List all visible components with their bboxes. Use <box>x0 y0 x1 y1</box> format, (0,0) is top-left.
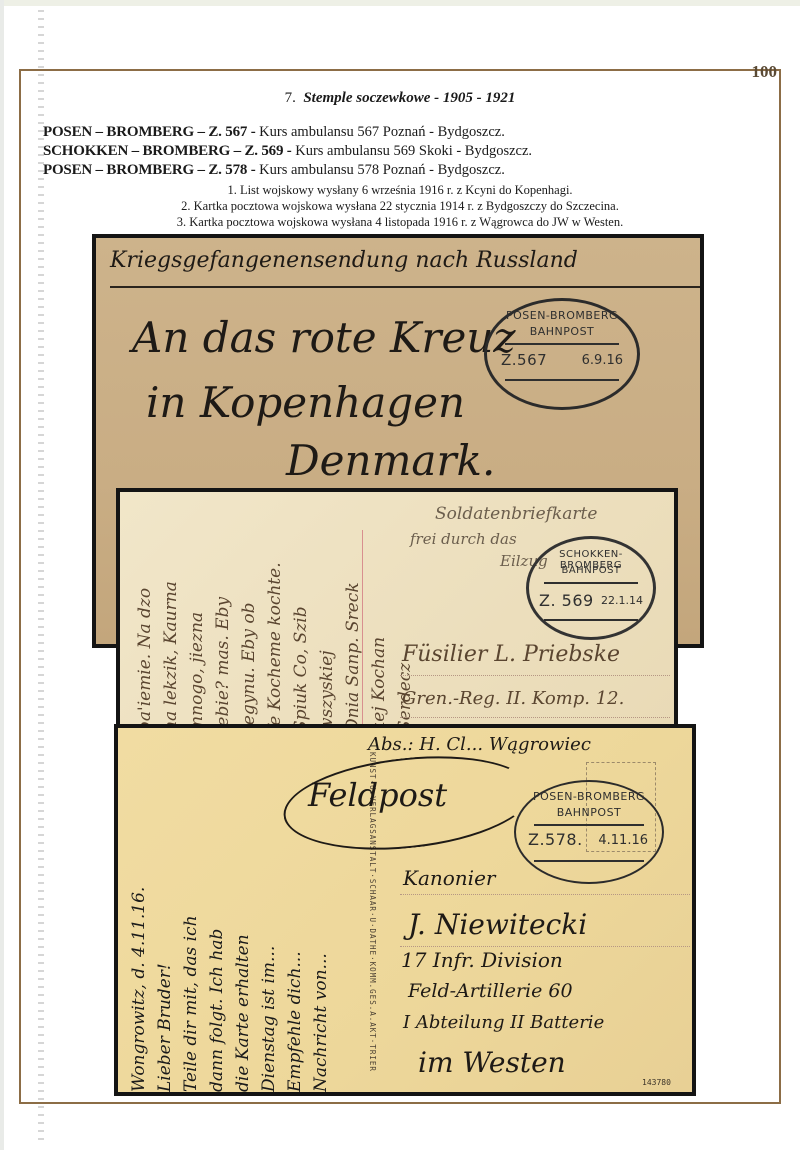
address-line-4: Feld-Artillerie 60 <box>408 980 573 1002</box>
address-line-3: 17 Infr. Division <box>401 948 563 972</box>
postmark-bar <box>534 824 645 826</box>
address-rule <box>400 894 690 895</box>
scan-edge-top <box>0 0 800 6</box>
route-code: POSEN – BROMBERG – Z. 567 - <box>43 124 256 140</box>
postmark-train: Z.567 <box>501 351 547 369</box>
section-title-text: Stemple soczewkowe - 1905 - 1921 <box>303 90 515 106</box>
postmark-train: Z. 569 <box>539 591 594 610</box>
postcard-paper: ba'iemie. Na dzo na lekzik, Kaurna mnogo… <box>120 492 674 730</box>
postmark-route: POSEN-BROMBERG <box>516 790 662 803</box>
address-line-1: Füsilier L. Priebske <box>402 642 620 667</box>
address-line-2: Gren.-Reg. II. Komp. 12. <box>402 688 624 709</box>
route-code: SCHOKKEN – BROMBERG – Z. 569 - <box>43 143 292 159</box>
page-number: 100 <box>752 62 778 82</box>
postmark-567: POSEN-BROMBERG BAHNPOST Z.567 6.9.16 <box>484 298 640 410</box>
header-note: Kriegsgefangenensendung nach Russland <box>110 248 578 273</box>
address-line-1: An das rote Kreuz <box>132 313 516 362</box>
postcard-2: ba'iemie. Na dzo na lekzik, Kaurna mnogo… <box>116 488 678 734</box>
route-line: SCHOKKEN – BROMBERG – Z. 569 - Kurs ambu… <box>43 142 743 161</box>
scan-edge-left <box>0 0 4 1150</box>
route-desc: Kurs ambulansu 567 Poznań - Bydgoszcz. <box>256 124 505 140</box>
postmark-type: BAHNPOST <box>487 325 637 338</box>
postmark-569: SCHOKKEN-BROMBERG BAHNPOST Z. 569 22.1.1… <box>526 536 656 640</box>
item-captions: 1. List wojskowy wysłany 6 września 1916… <box>0 182 800 230</box>
address-line-6: im Westen <box>418 1046 566 1079</box>
postmark-578: POSEN-BROMBERG BAHNPOST Z.578. 4.11.16 <box>514 780 664 884</box>
postmark-date: 4.11.16 <box>598 833 648 848</box>
address-line-1: Kanonier <box>403 866 495 890</box>
route-line: POSEN – BROMBERG – Z. 578 - Kurs ambulan… <box>43 161 743 180</box>
postmark-bar <box>544 619 638 621</box>
section-title: 7. Stemple soczewkowe - 1905 - 1921 <box>0 90 800 107</box>
postmark-bar <box>544 582 638 584</box>
address-rule <box>400 946 690 947</box>
address-line-3: Denmark. <box>286 436 495 485</box>
postmark-date: 22.1.14 <box>601 594 643 607</box>
caption-2: 2. Kartka pocztowa wojskowa wysłana 22 s… <box>0 198 800 214</box>
postmark-bar <box>505 343 619 345</box>
card-divider-line <box>362 530 363 730</box>
postmark-type: BAHNPOST <box>516 806 662 819</box>
sender-note: Abs.: H. Cl... Wągrowiec <box>368 734 591 755</box>
postmark-train: Z.578. <box>528 830 583 849</box>
address-rule <box>400 717 670 718</box>
route-list: POSEN – BROMBERG – Z. 567 - Kurs ambulan… <box>43 123 743 180</box>
postmark-bar <box>534 860 645 862</box>
address-line-2: in Kopenhagen <box>146 378 465 427</box>
serial-number: 143780 <box>642 1078 671 1087</box>
caption-3: 3. Kartka pocztowa wojskowa wysłana 4 li… <box>0 214 800 230</box>
postcard-paper: Abs.: H. Cl... Wągrowiec Wongrowitz, d. … <box>118 728 692 1092</box>
postmark-date: 6.9.16 <box>582 353 623 368</box>
route-code: POSEN – BROMBERG – Z. 578 - <box>43 162 256 178</box>
postmark-bar <box>505 379 619 381</box>
header-underline <box>110 286 702 288</box>
header-note-2: frei durch das <box>410 530 517 548</box>
message-text: ba'iemie. Na dzo na lekzik, Kaurna mnogo… <box>132 502 418 732</box>
route-line: POSEN – BROMBERG – Z. 567 - Kurs ambulan… <box>43 123 743 142</box>
header-note-1: Soldatenbriefkarte <box>435 504 597 524</box>
section-number: 7. <box>285 90 296 106</box>
postcard-3: Abs.: H. Cl... Wągrowiec Wongrowitz, d. … <box>114 724 696 1096</box>
address-line-2: J. Niewitecki <box>408 908 587 941</box>
caption-1: 1. List wojskowy wysłany 6 września 1916… <box>0 182 800 198</box>
address-line-5: I Abteilung II Batterie <box>403 1012 604 1033</box>
postmark-route: POSEN-BROMBERG <box>487 309 637 322</box>
route-desc: Kurs ambulansu 578 Poznań - Bydgoszcz. <box>256 162 505 178</box>
postmark-type: BAHNPOST <box>529 565 653 576</box>
feldpost-label: Feldpost <box>308 776 447 814</box>
route-desc: Kurs ambulansu 569 Skoki - Bydgoszcz. <box>292 143 532 159</box>
address-rule <box>400 675 670 676</box>
